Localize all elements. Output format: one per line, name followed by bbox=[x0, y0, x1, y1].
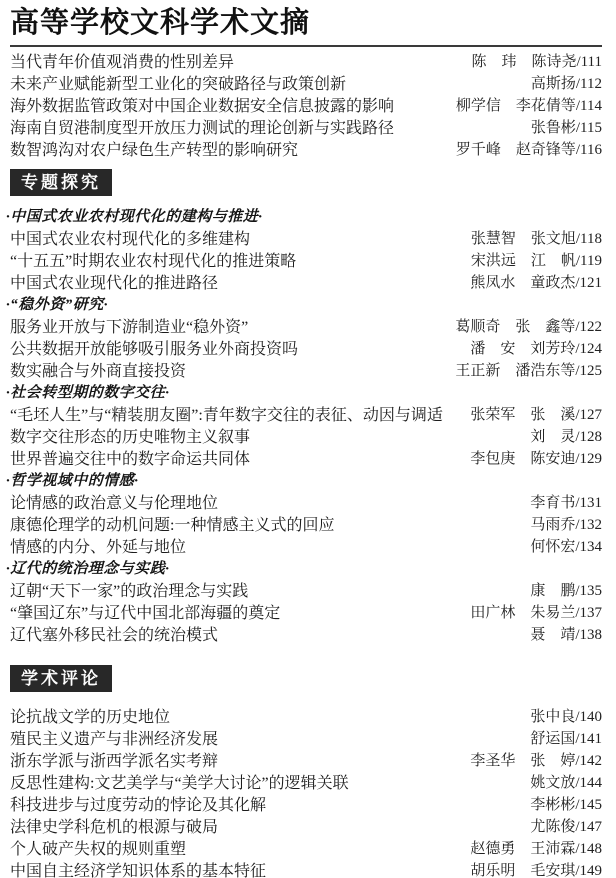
article-authors-page: 何怀宏/134 bbox=[530, 535, 602, 556]
article-authors-page: 陈 玮 陈诗尧/111 bbox=[471, 50, 602, 71]
article-authors-page: 马雨乔/132 bbox=[530, 513, 602, 534]
article-title: 论情感的政治意义与伦理地位 bbox=[10, 490, 218, 513]
article-title: 公共数据开放能够吸引服务业外商投资吗 bbox=[10, 336, 298, 359]
section-badge: 专题探究 bbox=[10, 169, 112, 196]
toc-entry: 殖民主义遗产与非洲经济发展舒运国/141 bbox=[10, 726, 602, 748]
article-authors-page: 李包庚 陈安迪/129 bbox=[470, 447, 602, 468]
toc-entry: 论抗战文学的历史地位张中良/140 bbox=[10, 704, 602, 726]
article-authors-page: 康 鹏/135 bbox=[530, 579, 602, 600]
article-title: 情感的内分、外延与地位 bbox=[10, 534, 186, 557]
toc-entry: 服务业开放与下游制造业“稳外资”葛顺奇 张 鑫等/122 bbox=[10, 314, 602, 336]
article-title: 科技进步与过度劳动的悖论及其化解 bbox=[10, 792, 266, 815]
toc-entry: 数实融合与外商直接投资王正新 潘浩东等/125 bbox=[10, 358, 602, 380]
toc-entry: 中国式农业现代化的推进路径熊凤水 童政杰/121 bbox=[10, 270, 602, 292]
article-authors-page: 葛顺奇 张 鑫等/122 bbox=[455, 315, 602, 336]
article-title: 浙东学派与浙西学派名实考辩 bbox=[10, 748, 218, 771]
article-title: 服务业开放与下游制造业“稳外资” bbox=[10, 314, 248, 337]
toc-entry: 法律史学科危机的根源与破局尤陈俊/147 bbox=[10, 814, 602, 836]
article-title: 康德伦理学的动机问题:一种情感主义式的回应 bbox=[10, 512, 334, 535]
article-authors-page: 宋洪远 江 帆/119 bbox=[471, 249, 602, 270]
article-authors-page: 田广林 朱易兰/137 bbox=[470, 601, 602, 622]
section-badge: 学术评论 bbox=[10, 665, 112, 692]
section-header: 专题探究 bbox=[10, 169, 602, 196]
article-authors-page: 柳学信 李花倩等/114 bbox=[456, 94, 602, 115]
article-title: 反思性建构:文艺美学与“美学大讨论”的逻辑关联 bbox=[10, 770, 349, 793]
toc-entry: 科技进步与过度劳动的悖论及其化解李彬彬/145 bbox=[10, 792, 602, 814]
article-title: 论抗战文学的历史地位 bbox=[10, 704, 170, 727]
article-title: 中国式农业现代化的推进路径 bbox=[10, 270, 218, 293]
article-title: 当代青年价值观消费的性别差异 bbox=[10, 49, 234, 72]
toc-entry: 海南自贸港制度型开放压力测试的理论创新与实践路径张鲁彬/115 bbox=[10, 115, 602, 137]
article-title: 世界普遍交往中的数字命运共同体 bbox=[10, 446, 250, 469]
article-authors-page: 聂 靖/138 bbox=[530, 623, 602, 644]
article-title: “毛坯人生”与“精装朋友圈”:青年数字交往的表征、动因与调适 bbox=[10, 402, 443, 425]
journal-toc-page: 高等学校文科学术文摘 当代青年价值观消费的性别差异陈 玮 陈诗尧/111未来产业… bbox=[0, 0, 616, 878]
article-title: 中国自主经济学知识体系的基本特征 bbox=[10, 858, 266, 878]
subsection-heading: ·社会转型期的数字交往· bbox=[6, 380, 602, 402]
article-title: 个人破产失权的规则重塑 bbox=[10, 836, 186, 859]
article-title: 海南自贸港制度型开放压力测试的理论创新与实践路径 bbox=[10, 115, 394, 138]
article-authors-page: 胡乐明 毛安琪/149 bbox=[470, 859, 602, 878]
article-title: 数智鸿沟对农户绿色生产转型的影响研究 bbox=[10, 137, 298, 160]
article-title: 数实融合与外商直接投资 bbox=[10, 358, 186, 381]
toc-entry: 康德伦理学的动机问题:一种情感主义式的回应马雨乔/132 bbox=[10, 512, 602, 534]
section-header: 学术评论 bbox=[10, 665, 602, 692]
toc-entry: 数智鸿沟对农户绿色生产转型的影响研究罗千峰 赵奇锋等/116 bbox=[10, 137, 602, 159]
subsection-heading: ·“稳外资”研究· bbox=[6, 292, 602, 314]
article-title: 殖民主义遗产与非洲经济发展 bbox=[10, 726, 218, 749]
toc-entry: 海外数据监管政策对中国企业数据安全信息披露的影响柳学信 李花倩等/114 bbox=[10, 93, 602, 115]
article-title: 中国式农业农村现代化的多维建构 bbox=[10, 226, 250, 249]
article-authors-page: 赵德勇 王沛霖/148 bbox=[470, 837, 602, 858]
toc-entry: 世界普遍交往中的数字命运共同体李包庚 陈安迪/129 bbox=[10, 446, 602, 468]
article-title: 辽代塞外移民社会的统治模式 bbox=[10, 622, 218, 645]
toc-entry: 公共数据开放能够吸引服务业外商投资吗潘 安 刘芳玲/124 bbox=[10, 336, 602, 358]
article-title: 辽朝“天下一家”的政治理念与实践 bbox=[10, 578, 248, 601]
article-title: 海外数据监管政策对中国企业数据安全信息披露的影响 bbox=[10, 93, 394, 116]
toc-entry: 浙东学派与浙西学派名实考辩李圣华 张 婷/142 bbox=[10, 748, 602, 770]
journal-title: 高等学校文科学术文摘 bbox=[10, 6, 602, 47]
article-authors-page: 尤陈俊/147 bbox=[530, 815, 602, 836]
toc-entry: 反思性建构:文艺美学与“美学大讨论”的逻辑关联姚文放/144 bbox=[10, 770, 602, 792]
toc-entry: 当代青年价值观消费的性别差异陈 玮 陈诗尧/111 bbox=[10, 49, 602, 71]
article-authors-page: 李圣华 张 婷/142 bbox=[470, 749, 602, 770]
toc-entry: 辽代塞外移民社会的统治模式聂 靖/138 bbox=[10, 622, 602, 644]
subsection-heading: ·辽代的统治理念与实践· bbox=[6, 556, 602, 578]
article-authors-page: 张中良/140 bbox=[530, 705, 602, 726]
article-title: 法律史学科危机的根源与破局 bbox=[10, 814, 218, 837]
toc-entry: “毛坯人生”与“精装朋友圈”:青年数字交往的表征、动因与调适张荣军 张 溪/12… bbox=[10, 402, 602, 424]
toc-entry: 未来产业赋能新型工业化的突破路径与政策创新高斯扬/112 bbox=[10, 71, 602, 93]
article-authors-page: 李彬彬/145 bbox=[530, 793, 602, 814]
article-authors-page: 刘 灵/128 bbox=[530, 425, 602, 446]
article-authors-page: 罗千峰 赵奇锋等/116 bbox=[456, 138, 602, 159]
article-title: 数字交往形态的历史唯物主义叙事 bbox=[10, 424, 250, 447]
article-authors-page: 姚文放/144 bbox=[530, 771, 602, 792]
article-title: 未来产业赋能新型工业化的突破路径与政策创新 bbox=[10, 71, 346, 94]
toc-entry: “肇国辽东”与辽代中国北部海疆的奠定田广林 朱易兰/137 bbox=[10, 600, 602, 622]
article-authors-page: 高斯扬/112 bbox=[531, 72, 602, 93]
article-authors-page: 李育书/131 bbox=[530, 491, 602, 512]
subsection-heading: ·中国式农业农村现代化的建构与推进· bbox=[6, 204, 602, 226]
article-authors-page: 潘 安 刘芳玲/124 bbox=[470, 337, 602, 358]
toc: 当代青年价值观消费的性别差异陈 玮 陈诗尧/111未来产业赋能新型工业化的突破路… bbox=[10, 49, 602, 878]
article-authors-page: 张荣军 张 溪/127 bbox=[470, 403, 602, 424]
article-title: “十五五”时期农业农村现代化的推进策略 bbox=[10, 248, 296, 271]
toc-entry: 情感的内分、外延与地位何怀宏/134 bbox=[10, 534, 602, 556]
article-authors-page: 张鲁彬/115 bbox=[531, 116, 602, 137]
toc-entry: 辽朝“天下一家”的政治理念与实践康 鹏/135 bbox=[10, 578, 602, 600]
toc-entry: 个人破产失权的规则重塑赵德勇 王沛霖/148 bbox=[10, 836, 602, 858]
toc-entry: 数字交往形态的历史唯物主义叙事刘 灵/128 bbox=[10, 424, 602, 446]
article-authors-page: 舒运国/141 bbox=[530, 727, 602, 748]
toc-entry: 论情感的政治意义与伦理地位李育书/131 bbox=[10, 490, 602, 512]
article-title: “肇国辽东”与辽代中国北部海疆的奠定 bbox=[10, 600, 280, 623]
article-authors-page: 熊凤水 童政杰/121 bbox=[470, 271, 602, 292]
toc-entry: 中国自主经济学知识体系的基本特征胡乐明 毛安琪/149 bbox=[10, 858, 602, 878]
article-authors-page: 王正新 潘浩东等/125 bbox=[455, 359, 602, 380]
toc-entry: “十五五”时期农业农村现代化的推进策略宋洪远 江 帆/119 bbox=[10, 248, 602, 270]
article-authors-page: 张慧智 张文旭/118 bbox=[471, 227, 602, 248]
toc-entry: 中国式农业农村现代化的多维建构张慧智 张文旭/118 bbox=[10, 226, 602, 248]
subsection-heading: ·哲学视域中的情感· bbox=[6, 468, 602, 490]
